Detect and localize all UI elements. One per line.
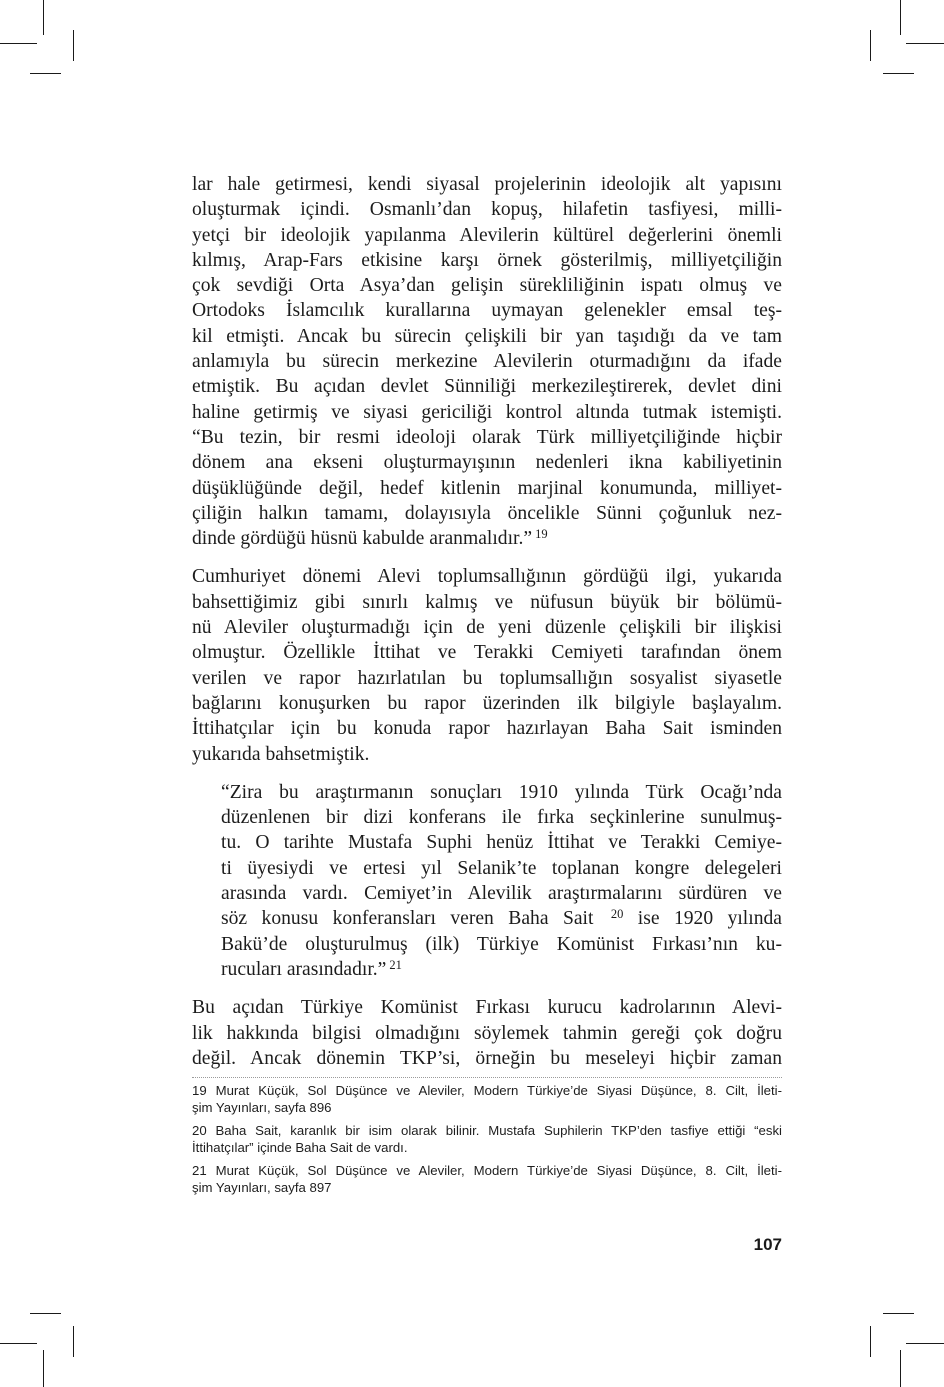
text-line: bağlarını konuşurken bu rapor üzerinden …	[192, 691, 782, 716]
text-line: “Zira bu araştırmanın sonuçları 1910 yıl…	[221, 780, 782, 805]
footnote-21: 21 Murat Küçük, Sol Düşünce ve Aleviler,…	[192, 1162, 782, 1196]
text-line: İttihatçılar için bu konuda rapor hazırl…	[192, 716, 782, 741]
text-line-content: söz konusu konferansları veren Baha Sait	[221, 908, 593, 929]
text-line-content: dinde gördüğü hüsnü kabulde aranmalıdır.…	[192, 528, 532, 549]
text-line: yukarıda bahsetmiştik.	[192, 742, 782, 767]
text-line: kılmış, Arap-Fars etkisine karşı örnek g…	[192, 248, 782, 273]
text-line: dönem ana ekseni oluşturmayışının nedenl…	[192, 450, 782, 475]
crop-mark	[883, 73, 914, 74]
footnote-ref-21[interactable]: 21	[389, 958, 402, 972]
text-line: bahsettiğimiz gibi sınırlı kalmış ve nüf…	[192, 590, 782, 615]
footnote-line: 20 Baha Sait, karanlık bir isim olarak b…	[192, 1122, 782, 1139]
text-line: çiliğin halkın tamamı, dolayısıyla öncel…	[192, 501, 782, 526]
text-line: ti üyesiydi ve ertesi yıl Selanik’te top…	[221, 856, 782, 881]
crop-mark	[906, 43, 944, 44]
text-line: etmiştik. Bu açıdan devlet Sünniliği mer…	[192, 374, 782, 399]
text-line: söz konusu konferansları veren Baha Sait…	[221, 906, 782, 931]
crop-mark	[883, 1313, 914, 1314]
crop-mark	[900, 0, 901, 35]
footnote-line: 19 Murat Küçük, Sol Düşünce ve Aleviler,…	[192, 1082, 782, 1099]
body-text: lar hale getirmesi, kendi siyasal projel…	[192, 172, 782, 1071]
text-line: yetçi bir ideolojik yapılanma Alevilerin…	[192, 223, 782, 248]
text-line: “Bu tezin, bir resmi ideoloji olarak Tür…	[192, 425, 782, 450]
crop-mark	[900, 1350, 901, 1387]
page-number: 107	[745, 1235, 782, 1255]
crop-mark	[73, 30, 74, 61]
footnote-line: şim Yayınları, sayfa 896	[192, 1099, 782, 1116]
footnote-19: 19 Murat Küçük, Sol Düşünce ve Aleviler,…	[192, 1082, 782, 1116]
crop-mark	[0, 43, 37, 44]
text-line: arasında vardı. Cemiyet’in Alevilik araş…	[221, 881, 782, 906]
text-line: Cumhuriyet dönemi Alevi toplumsallığının…	[192, 564, 782, 589]
crop-mark	[906, 1343, 944, 1344]
text-line: oluşturmak içindi. Osmanlı’dan kopuş, hi…	[192, 197, 782, 222]
text-line: düzenlenen bir dizi konferans ile fırka …	[221, 805, 782, 830]
footnote-ref-20[interactable]: 20	[611, 907, 624, 921]
crop-mark	[0, 1343, 37, 1344]
footnotes: 19 Murat Küçük, Sol Düşünce ve Aleviler,…	[192, 1082, 782, 1202]
footnote-line: İttihatçılar” içinde Baha Sait de vardı.	[192, 1139, 782, 1156]
text-line: rucuları arasındadır.”21	[221, 957, 782, 982]
text-line: lik hakkında bilgisi olmadığını söylemek…	[192, 1021, 782, 1046]
text-line: çok sevdiği Orta Asya’dan gelişin sürekl…	[192, 273, 782, 298]
crop-mark	[870, 1326, 871, 1357]
footnote-20: 20 Baha Sait, karanlık bir isim olarak b…	[192, 1122, 782, 1156]
text-line: kil etmişti. Ancak bu sürecin çelişkili …	[192, 324, 782, 349]
text-line-content: ise 1920 yılında	[638, 908, 782, 929]
text-line: verilen ve rapor hazırlatılan bu toplums…	[192, 666, 782, 691]
text-line: dinde gördüğü hüsnü kabulde aranmalıdır.…	[192, 526, 782, 551]
paragraph-3: Bu açıdan Türkiye Komünist Fırkası kuruc…	[192, 995, 782, 1071]
paragraph-1: lar hale getirmesi, kendi siyasal projel…	[192, 172, 782, 551]
text-line: tu. O tarihte Mustafa Suphi henüz İttiha…	[221, 830, 782, 855]
text-line: nü Aleviler oluşturmadığı için de yeni d…	[192, 615, 782, 640]
text-line: Bu açıdan Türkiye Komünist Fırkası kuruc…	[192, 995, 782, 1020]
text-line: Bakü’de oluşturulmuş (ilk) Türkiye Komün…	[221, 932, 782, 957]
text-line: Ortodoks İslamcılık kurallarına uymayan …	[192, 298, 782, 323]
footnote-line: şim Yayınları, sayfa 897	[192, 1179, 782, 1196]
text-line: değil. Ancak dönemin TKP’si, örneğin bu …	[192, 1046, 782, 1071]
paragraph-2: Cumhuriyet dönemi Alevi toplumsallığının…	[192, 564, 782, 766]
crop-mark	[73, 1326, 74, 1357]
crop-mark	[870, 30, 871, 61]
text-line: haline getirmiş ve siyasi gericiliği kon…	[192, 400, 782, 425]
crop-mark	[43, 0, 44, 35]
footnote-line: 21 Murat Küçük, Sol Düşünce ve Aleviler,…	[192, 1162, 782, 1179]
footnote-ref-19[interactable]: 19	[535, 527, 548, 541]
footnote-separator	[192, 1077, 782, 1078]
block-quote: “Zira bu araştırmanın sonuçları 1910 yıl…	[221, 780, 782, 982]
text-line-content: rucuları arasındadır.”	[221, 959, 386, 980]
crop-mark	[43, 1350, 44, 1387]
crop-mark	[30, 73, 61, 74]
crop-mark	[30, 1313, 61, 1314]
text-line: olmuştur. Özellikle İttihat ve Terakki C…	[192, 640, 782, 665]
text-line: anlamıyla bu sürecin merkezine Alevileri…	[192, 349, 782, 374]
text-line: düşüklüğünde değil, hedef kitlenin marji…	[192, 476, 782, 501]
text-line: lar hale getirmesi, kendi siyasal projel…	[192, 172, 782, 197]
